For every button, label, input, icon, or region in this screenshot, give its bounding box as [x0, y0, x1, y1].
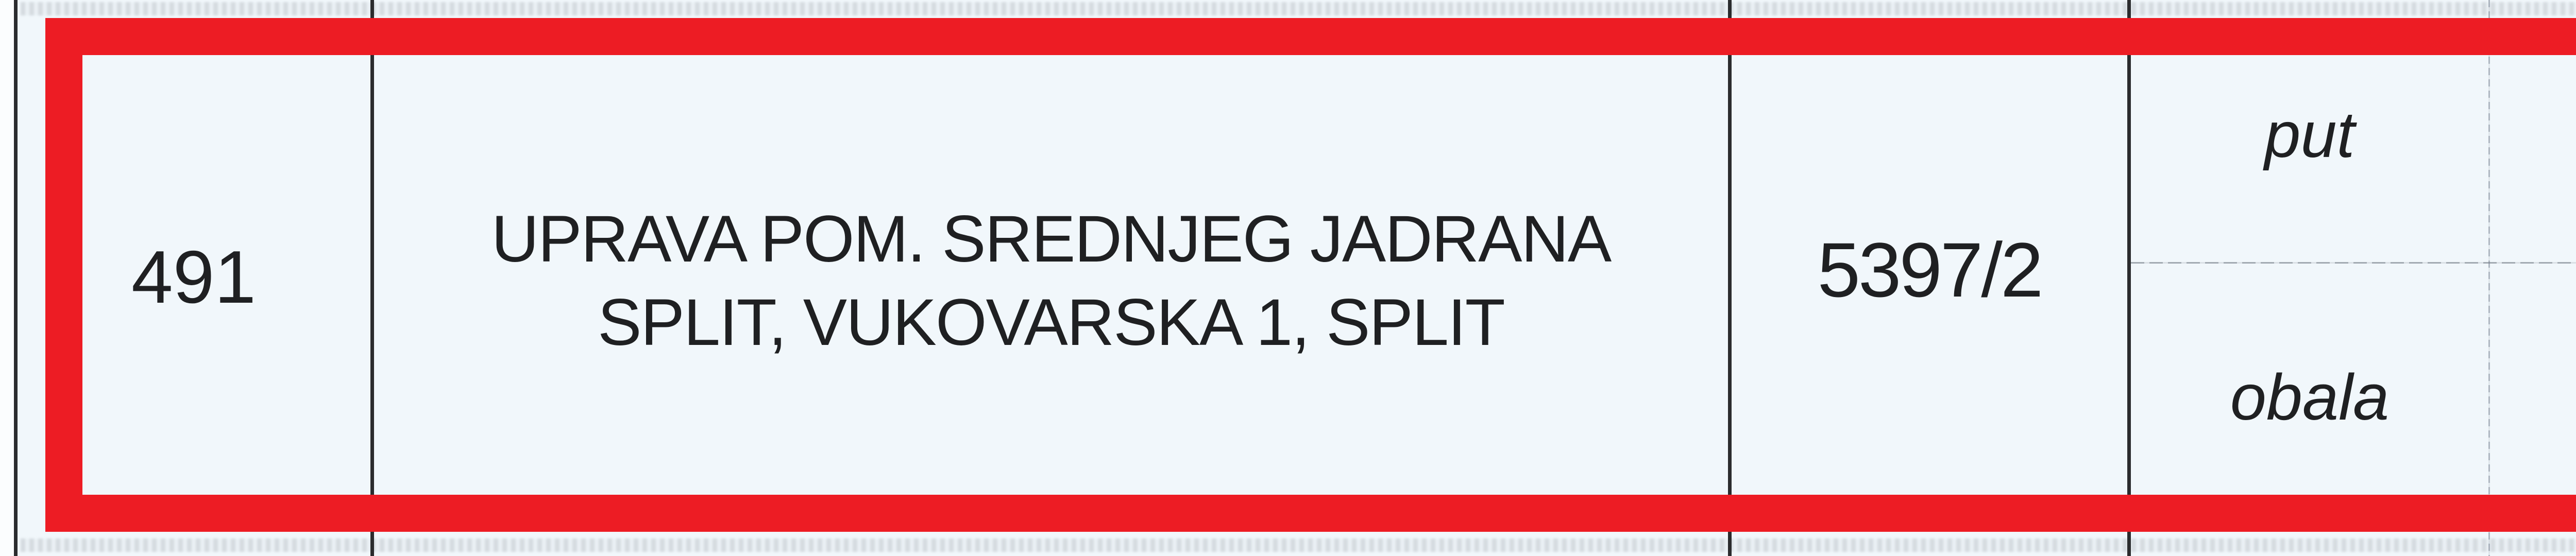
owner-name-line-1: UPRAVA POM. SREDNJEG JADRANA: [374, 206, 1728, 272]
owner-address-line-2: SPLIT, VUKOVARSKA 1, SPLIT: [374, 290, 1728, 356]
column-divider-parcel: [2127, 0, 2131, 556]
land-use-put: put: [2131, 102, 2488, 167]
row-number: 491: [15, 240, 372, 315]
previous-row-fragment: [21, 2, 2576, 15]
parcel-number: 5397/2: [1732, 231, 2127, 308]
subcolumn-divider-use: [2488, 0, 2490, 556]
column-divider-owner: [1728, 0, 1732, 556]
land-use-obala: obala: [2131, 365, 2488, 430]
next-row-fragment: [21, 538, 2576, 552]
subrow-divider: [2131, 262, 2576, 264]
document-sheet: [15, 0, 2576, 556]
